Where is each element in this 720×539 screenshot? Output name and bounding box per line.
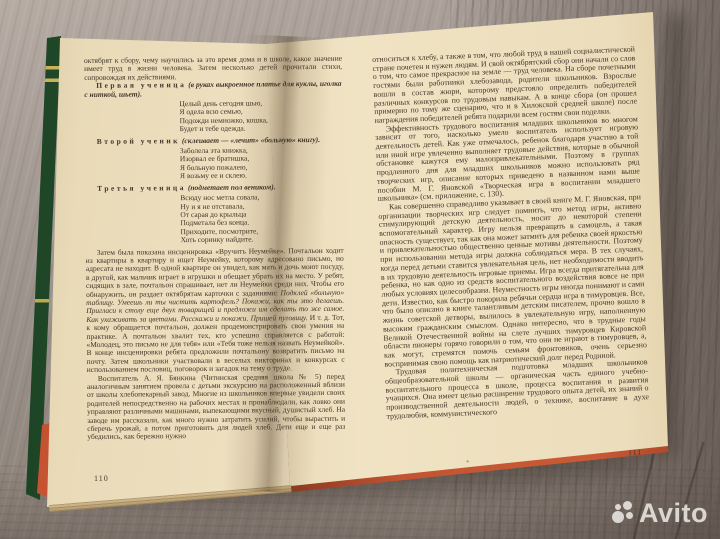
body-paragraph: Затем была показана инсценировка «Вручит… — [86, 246, 345, 374]
avito-logo-dot — [612, 511, 624, 523]
body-paragraph: Трудовая политехническая подготовка млад… — [385, 359, 650, 422]
stage-direction-heading: Второй ученик (склеивает — «лечит» «боль… — [85, 135, 343, 146]
body-paragraph: октябрят к сбору, чему научились за это … — [84, 55, 342, 82]
verse-block: Целый день сегодня шью,Я одела всю семью… — [179, 99, 342, 134]
verse-line: Будет и тебе одежда. — [180, 124, 343, 134]
body-paragraph: Воспитатель А. Я. Бянкина (Читинская сре… — [87, 372, 346, 441]
left-page-text: октябрят к сбору, чему научились за это … — [84, 55, 345, 442]
photo-of-open-book: октябрят к сбору, чему научились за это … — [0, 0, 720, 539]
avito-logo-dot — [615, 504, 621, 510]
body-paragraph: Как совершенно справедливо указывает в с… — [378, 193, 647, 369]
stage-direction-heading: Третья ученица (подметает пол веником). — [85, 182, 343, 193]
verse-block: Заболела эта книжка,Изорвал ее братишка,… — [180, 146, 343, 181]
avito-brand-text: Avito — [639, 498, 708, 529]
body-paragraph: Эффективность трудового воспитания младш… — [375, 115, 641, 204]
avito-logo-dot — [623, 501, 632, 510]
page-number-left: 110 — [94, 474, 109, 483]
verse-line: Я возьму ее и склею. — [180, 171, 343, 181]
stage-direction-heading: Первая ученица (в руках выкроенное плать… — [84, 80, 342, 99]
body-paragraph: относиться к хлебу, а также в том, что л… — [372, 45, 638, 125]
printer-mark: * — [466, 459, 470, 467]
verse-line: Хоть соринку найдите. — [181, 235, 344, 245]
page-number-right: 111 — [628, 448, 643, 457]
avito-logo-dot — [626, 512, 633, 519]
verse-block: Всюду нос метла совала,Ну и я не отстава… — [180, 193, 343, 245]
right-page-text: относиться к хлебу, а также в том, что л… — [372, 45, 649, 421]
